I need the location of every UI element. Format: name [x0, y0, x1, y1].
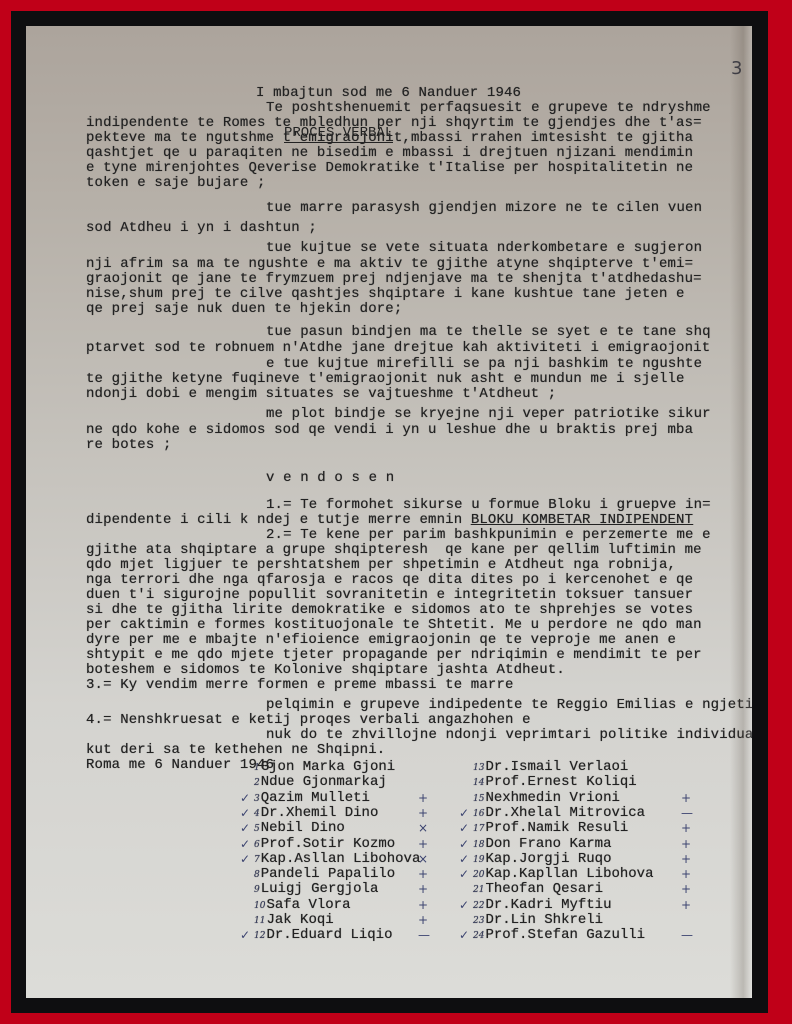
- signatory-row: 4Dr.Xhemil Dino: [254, 806, 378, 821]
- handwritten-mark-icon: +: [418, 806, 428, 820]
- document-line: tue kujtue se vete situata nderkombetare…: [266, 241, 702, 256]
- signatory-name: Dr.Lin Shkreli: [485, 912, 603, 928]
- document-line: qdo mjet ligjuer te pershtatshem per shp…: [86, 558, 676, 573]
- document-line: re botes ;: [86, 438, 172, 453]
- signatory-row: 10Safa Vlora: [254, 898, 350, 913]
- document-line: te gjithe ketyne fuqineve t'emigraojonit…: [86, 372, 685, 387]
- document-line: 1.= Te formohet sikurse u formue Bloku i…: [266, 498, 711, 513]
- document-line: token e saje bujare ;: [86, 176, 266, 191]
- check-mark-icon: ✓: [459, 806, 469, 820]
- signatory-name: Prof.Stefan Gazulli: [485, 927, 645, 943]
- document-line: sod Atdheu i yn i dashtun ;: [86, 221, 317, 236]
- signatory-number: 23: [473, 916, 484, 926]
- signatory-number: 2: [254, 778, 260, 788]
- handwritten-mark-icon: +: [681, 791, 691, 805]
- signatory-number: 14: [473, 778, 484, 788]
- signatory-name: Safa Vlora: [266, 897, 350, 913]
- handwritten-mark-icon: ×: [418, 821, 428, 835]
- signatory-name: Prof.Namik Resuli: [485, 820, 628, 836]
- page-number: 3: [731, 58, 742, 79]
- document-line: boteshem e sidomos te Kolonive shqiptare…: [86, 663, 565, 678]
- signatory-number: 3: [254, 794, 260, 804]
- document-line: nuk do te zhvillojne ndonji veprimtari p…: [266, 728, 752, 743]
- signatory-number: 4: [254, 809, 260, 819]
- signatory-number: 17: [473, 824, 484, 834]
- signatory-row: 1Gjon Marka Gjoni: [254, 760, 395, 775]
- check-mark-icon: ✓: [240, 806, 250, 820]
- signatory-row: 19Kap.Jorgji Ruqo: [473, 852, 611, 867]
- signatory-row: 21Theofan Qesari: [473, 882, 603, 897]
- signatory-row: 6Prof.Sotir Kozmo: [254, 837, 395, 852]
- document-line: nga terrori dhe nga qfarosja e racos qe …: [86, 573, 693, 588]
- document-line: pekteve ma te ngutshme t'emigraojonit,mb…: [86, 131, 693, 146]
- signatory-name: Don Frano Karma: [485, 836, 611, 852]
- signatory-row: 20Kap.Kapllan Libohova: [473, 867, 653, 882]
- signatory-row: 11Jak Koqi: [254, 913, 334, 928]
- handwritten-mark-icon: +: [418, 898, 428, 912]
- document-line: tue marre parasysh gjendjen mizore ne te…: [266, 201, 702, 216]
- document-line: Te poshtshenuemit perfaqsuesit e grupeve…: [266, 101, 711, 116]
- document-line: ptarvet sod te robnuem n'Atdhe jane drej…: [86, 341, 710, 356]
- check-mark-icon: ✓: [240, 852, 250, 866]
- check-mark-icon: ✓: [459, 821, 469, 835]
- document-line: I mbajtun sod me 6 Nanduer 1946: [256, 86, 521, 101]
- check-mark-icon: ✓: [459, 867, 469, 881]
- check-mark-icon: ✓: [240, 791, 250, 805]
- resolution-heading: v e n d o s e n: [266, 471, 394, 486]
- check-mark-icon: ✓: [459, 837, 469, 851]
- signatory-number: 1: [254, 763, 260, 773]
- signatory-row: 12Dr.Eduard Liqio: [254, 928, 392, 943]
- signatory-name: Prof.Sotir Kozmo: [261, 836, 395, 852]
- signatory-row: 18Don Frano Karma: [473, 837, 611, 852]
- signatory-row: 23Dr.Lin Shkreli: [473, 913, 603, 928]
- signatory-row: 17Prof.Namik Resuli: [473, 821, 628, 836]
- signatory-row: 24Prof.Stefan Gazulli: [473, 928, 645, 943]
- document-line: shtypit e me qdo mjete tjeter propagande…: [86, 648, 702, 663]
- signatory-name: Theofan Qesari: [485, 881, 603, 897]
- signatory-row: 3Qazim Mulleti: [254, 791, 370, 806]
- signatory-name: Jak Koqi: [266, 912, 333, 928]
- signatory-row: 16Dr.Xhelal Mitrovica: [473, 806, 645, 821]
- handwritten-mark-icon: +: [418, 882, 428, 896]
- signatory-number: 10: [254, 901, 265, 911]
- signatory-name: Dr.Eduard Liqio: [266, 927, 392, 943]
- handwritten-mark-icon: +: [418, 913, 428, 927]
- signatory-row: 9Luigj Gergjola: [254, 882, 378, 897]
- signatory-number: 19: [473, 855, 484, 865]
- signatory-name: Nexhmedin Vrioni: [485, 790, 619, 806]
- document-line: duen t'i sigurojne popullit sovranitetin…: [86, 588, 693, 603]
- signatory-number: 22: [473, 901, 484, 911]
- handwritten-mark-icon: ×: [418, 852, 428, 866]
- signatory-name: Dr.Xhelal Mitrovica: [485, 805, 645, 821]
- document-line: ndonji dobi e mengim situates se vajtues…: [86, 387, 556, 402]
- check-mark-icon: ✓: [240, 928, 250, 942]
- document-line: nise,shum prej te cilve qashtjes shqipta…: [86, 287, 685, 302]
- signatory-number: 6: [254, 840, 260, 850]
- handwritten-mark-icon: +: [681, 852, 691, 866]
- document-page: 3 PROCES VERBAL I mbajtun sod me 6 Nandu…: [26, 26, 752, 998]
- bloc-name: BLOKU KOMBETAR INDIPENDENT: [471, 512, 693, 528]
- document-line: dipendente i cili k ndej e tutje merre e…: [86, 513, 693, 528]
- signatory-number: 16: [473, 809, 484, 819]
- handwritten-mark-icon: —: [681, 928, 693, 942]
- signatory-number: 12: [254, 931, 265, 941]
- handwritten-mark-icon: —: [418, 928, 430, 942]
- handwritten-mark-icon: +: [681, 882, 691, 896]
- signatory-name: Kap.Jorgji Ruqo: [485, 851, 611, 867]
- handwritten-mark-icon: +: [681, 821, 691, 835]
- document-line: me plot bindje se kryejne nji veper patr…: [266, 407, 711, 422]
- signatory-name: Dr.Kadri Myftiu: [485, 897, 611, 913]
- document-line: 3.= Ky vendim merre formen e preme mbass…: [86, 678, 514, 693]
- signatory-name: Kap.Kapllan Libohova: [485, 866, 653, 882]
- document-line: ne qdo kohe e sidomos sod qe vendi i yn …: [86, 423, 693, 438]
- document-line: 2.= Te kene per parim bashkpunimin e per…: [266, 528, 711, 543]
- handwritten-mark-icon: +: [418, 867, 428, 881]
- place-date-line: Roma me 6 Nanduer 1946: [86, 758, 274, 773]
- document-line: qashtjet qe u paraqiten ne bisedim e mba…: [86, 146, 693, 161]
- document-line: e tue kujtue mirefilli se pa nji bashkim…: [266, 357, 702, 372]
- check-mark-icon: ✓: [459, 928, 469, 942]
- check-mark-icon: ✓: [459, 852, 469, 866]
- signatory-name: Gjon Marka Gjoni: [261, 759, 395, 775]
- check-mark-icon: ✓: [240, 837, 250, 851]
- document-line: nji afrim sa ma te ngushte e ma aktiv te…: [86, 257, 693, 272]
- signatory-name: Luigj Gergjola: [261, 881, 379, 897]
- handwritten-mark-icon: +: [418, 791, 428, 805]
- document-line: gjithe ata shqiptare a grupe shqipteresh…: [86, 543, 702, 558]
- signatory-number: 11: [254, 916, 265, 926]
- signatory-number: 20: [473, 870, 484, 880]
- signatory-number: 8: [254, 870, 260, 880]
- handwritten-mark-icon: +: [681, 867, 691, 881]
- handwritten-mark-icon: +: [681, 898, 691, 912]
- signatory-name: Prof.Ernest Koliqi: [485, 774, 636, 790]
- signatory-row: 14Prof.Ernest Koliqi: [473, 775, 637, 790]
- signatory-number: 18: [473, 840, 484, 850]
- handwritten-mark-icon: +: [681, 837, 691, 851]
- document-line: per caktimin e formes kostituojonale te …: [86, 618, 702, 633]
- signatory-row: 15Nexhmedin Vrioni: [473, 791, 620, 806]
- signatory-number: 13: [473, 763, 484, 773]
- signatory-name: Pandeli Papalilo: [261, 866, 395, 882]
- signatory-name: Qazim Mulleti: [261, 790, 370, 806]
- signatory-name: Nebil Dino: [261, 820, 345, 836]
- handwritten-mark-icon: +: [418, 837, 428, 851]
- document-line: tue pasun bindjen ma te thelle se syet e…: [266, 325, 711, 340]
- document-line: kut deri sa te kethehen ne Shqipni.: [86, 743, 385, 758]
- signatory-number: 21: [473, 885, 484, 895]
- document-line: 4.= Nenshkruesat e ketij proqes verbali …: [86, 713, 531, 728]
- signatory-row: 13Dr.Ismail Verlaoi: [473, 760, 628, 775]
- signatory-number: 24: [473, 931, 484, 941]
- signatory-number: 15: [473, 794, 484, 804]
- signatory-number: 9: [254, 885, 260, 895]
- signatory-row: 5Nebil Dino: [254, 821, 345, 836]
- document-line: qe prej saje nuk duen te hjekin dore;: [86, 302, 402, 317]
- signatory-name: Dr.Xhemil Dino: [261, 805, 379, 821]
- signatory-number: 5: [254, 824, 260, 834]
- document-line: indipendente te Romes te mbledhun per nj…: [86, 116, 702, 131]
- document-line: dyre per me e mbajte n'efioience emigrao…: [86, 633, 676, 648]
- document-line: graojonit qe jane te frymzuem prej ndjen…: [86, 272, 702, 287]
- signatory-row: 2Ndue Gjonmarkaj: [254, 775, 387, 790]
- signatory-row: 7Kap.Asllan Libohova: [254, 852, 420, 867]
- signatory-name: Ndue Gjonmarkaj: [261, 774, 387, 790]
- handwritten-mark-icon: —: [681, 806, 693, 820]
- check-mark-icon: ✓: [459, 898, 469, 912]
- signatory-row: 22Dr.Kadri Myftiu: [473, 898, 611, 913]
- check-mark-icon: ✓: [240, 821, 250, 835]
- document-line: si dhe te gjitha lirite demokratike e si…: [86, 603, 693, 618]
- signatory-number: 7: [254, 855, 260, 865]
- document-line: pelqimin e grupeve indipedente te Reggio…: [266, 698, 752, 713]
- document-line: e tyne mirenjohtes Qeverise Demokratike …: [86, 161, 693, 176]
- signatory-name: Kap.Asllan Libohova: [261, 851, 421, 867]
- signatory-row: 8Pandeli Papalilo: [254, 867, 395, 882]
- signatory-name: Dr.Ismail Verlaoi: [485, 759, 628, 775]
